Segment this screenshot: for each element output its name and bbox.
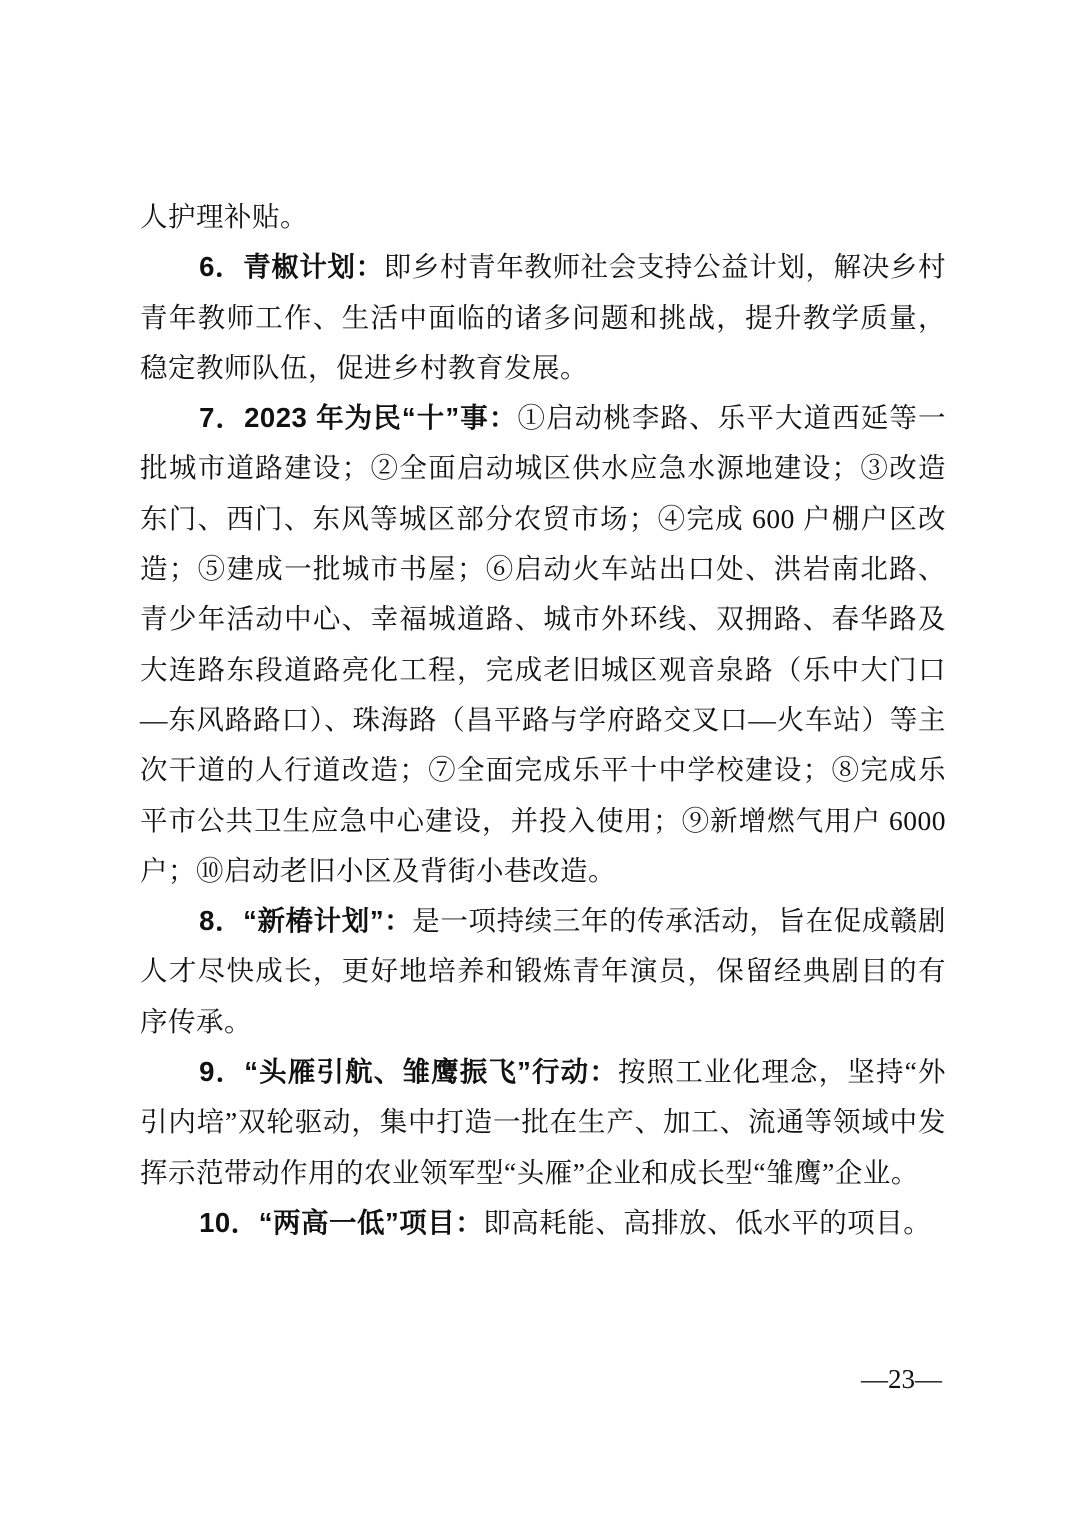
page-number: —23—	[861, 1362, 942, 1396]
entry-term: 10．“两高一低”项目：	[199, 1207, 483, 1238]
document-body: 人护理补贴。 6．青椒计划：即乡村青年教师社会支持公益计划，解决乡村青年教师工作…	[140, 192, 946, 1248]
entry-body: 即高耗能、高排放、低水平的项目。	[483, 1207, 931, 1238]
entry-term: 7．2023 年为民“十”事：	[199, 402, 517, 433]
glossary-entry-8: 8．“新椿计划”：是一项持续三年的传承活动，旨在促成赣剧人才尽快成长，更好地培养…	[140, 896, 946, 1047]
glossary-entry-9: 9．“头雁引航、雏鹰振飞”行动：按照工业化理念，坚持“外引内培”双轮驱动，集中打…	[140, 1047, 946, 1198]
entry-body: ①启动桃李路、乐平大道西延等一批城市道路建设；②全面启动城区供水应急水源地建设；…	[140, 402, 946, 886]
glossary-entry-6: 6．青椒计划：即乡村青年教师社会支持公益计划，解决乡村青年教师工作、生活中面临的…	[140, 242, 946, 393]
entry-term: 8．“新椿计划”：	[199, 905, 412, 936]
glossary-entry-10: 10．“两高一低”项目：即高耗能、高排放、低水平的项目。	[140, 1198, 946, 1248]
paragraph-continuation: 人护理补贴。	[140, 192, 946, 242]
paragraph-text: 人护理补贴。	[140, 201, 308, 232]
entry-term: 9．“头雁引航、雏鹰振飞”行动：	[199, 1056, 618, 1087]
entry-term: 6．青椒计划：	[199, 251, 384, 282]
glossary-entry-7: 7．2023 年为民“十”事：①启动桃李路、乐平大道西延等一批城市道路建设；②全…	[140, 393, 946, 896]
document-page: 人护理补贴。 6．青椒计划：即乡村青年教师社会支持公益计划，解决乡村青年教师工作…	[0, 0, 1074, 1520]
